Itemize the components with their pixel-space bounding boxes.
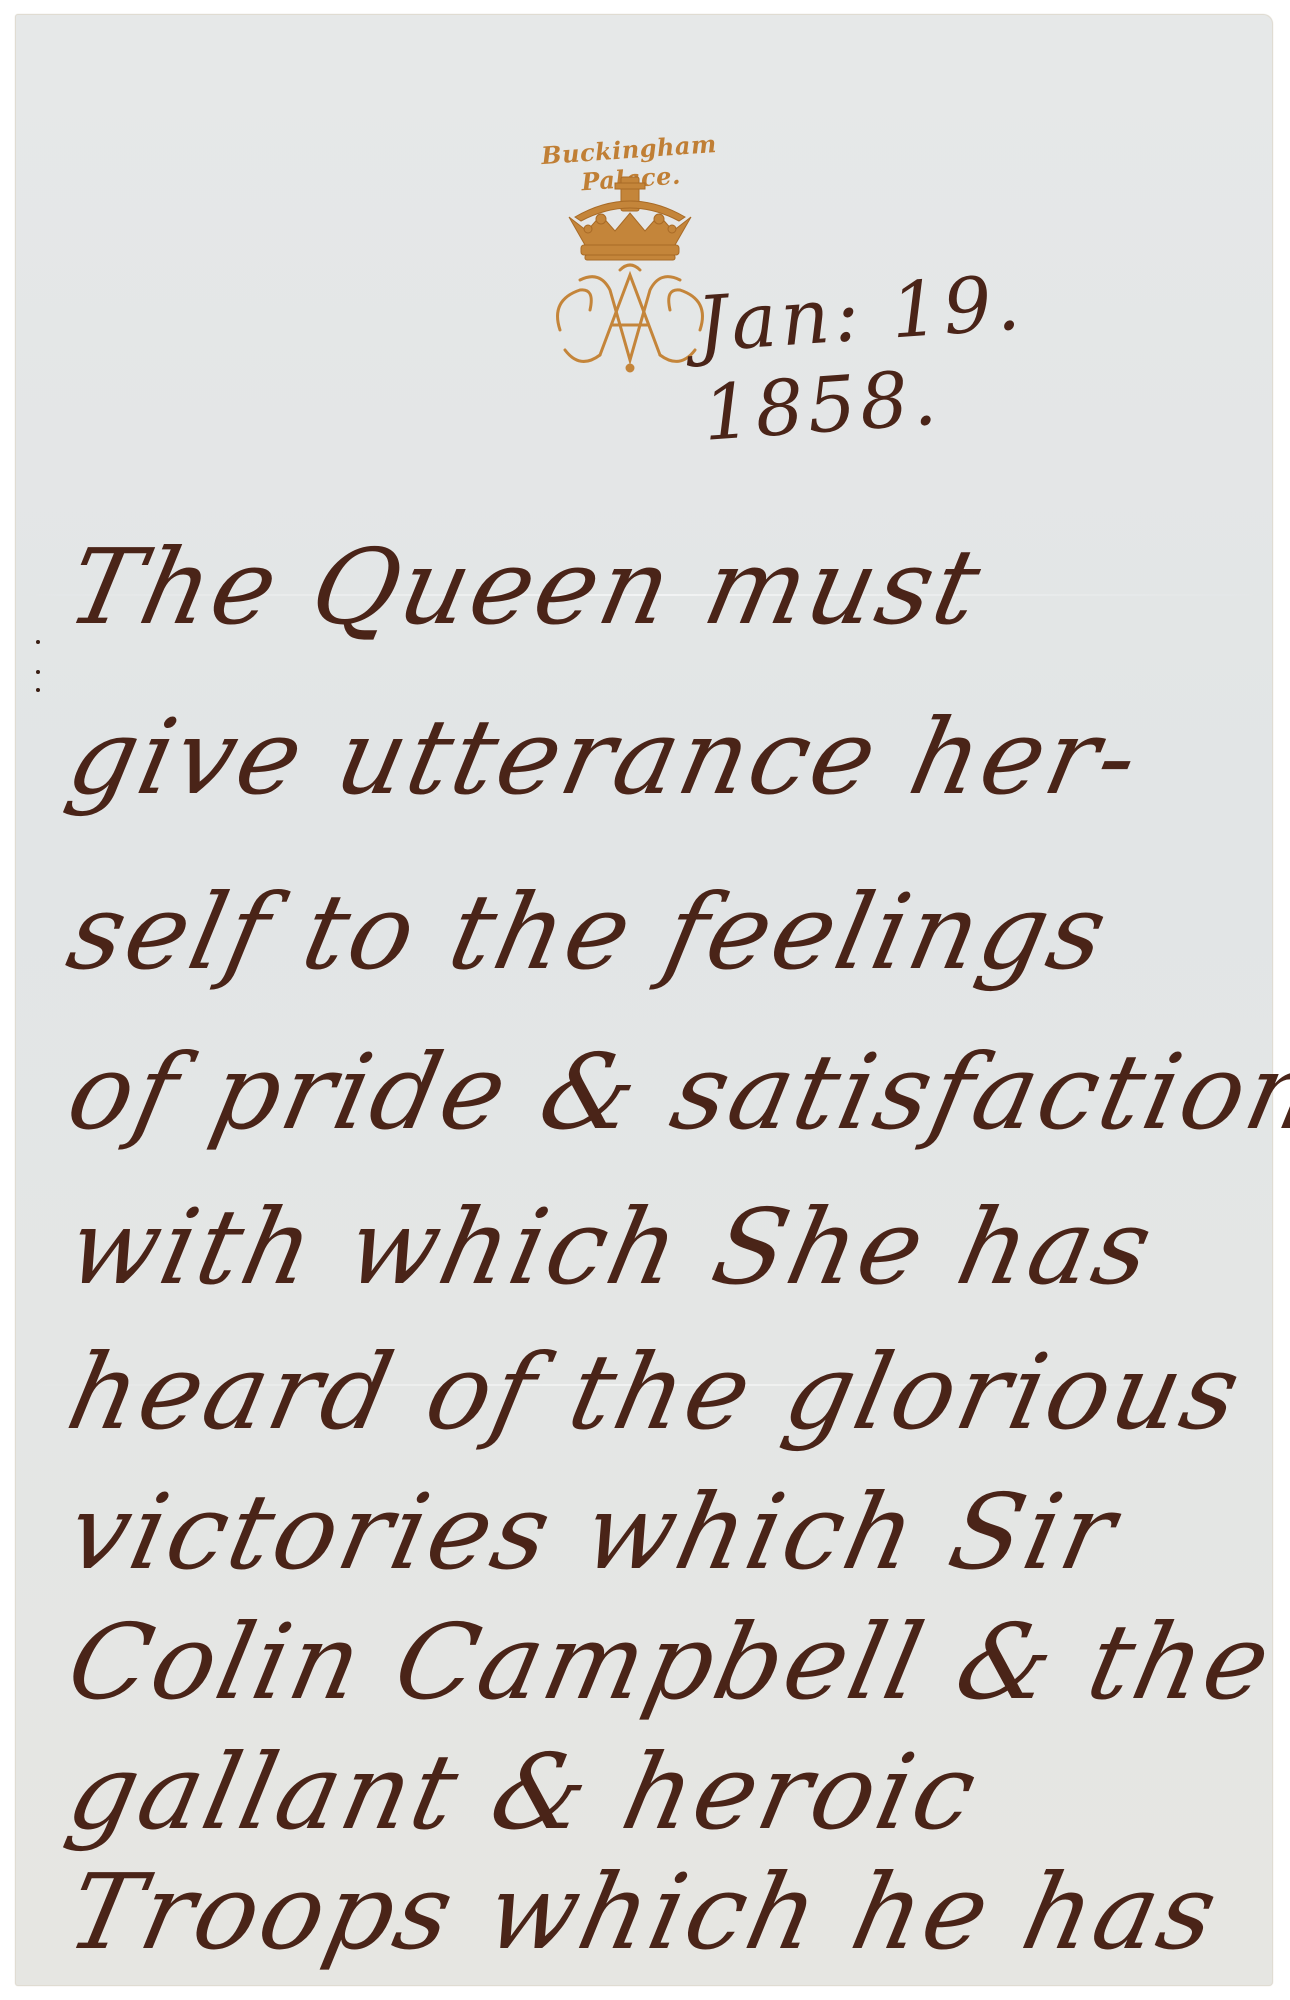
letter-line-3: self to the feelings <box>60 880 1282 984</box>
letter-line-7: victories which Sir <box>60 1480 1282 1584</box>
letter-line-10: Troops which he has <box>60 1860 1282 1964</box>
letter-line-5: with which She has <box>60 1195 1282 1299</box>
letter-line-9: gallant & heroic <box>60 1740 1282 1844</box>
letter-line-4: of pride & satisfaction <box>60 1040 1282 1144</box>
margin-ink-dots <box>36 640 44 700</box>
monogram-icon <box>540 260 720 375</box>
letter-line-6: heard of the glorious <box>60 1340 1282 1444</box>
crown-icon <box>555 175 705 265</box>
letter-line-2: give utterance her- <box>60 705 1282 809</box>
letter-line-1: The Queen must <box>60 535 1282 639</box>
letter-line-8: Colin Campbell & the <box>60 1610 1282 1714</box>
